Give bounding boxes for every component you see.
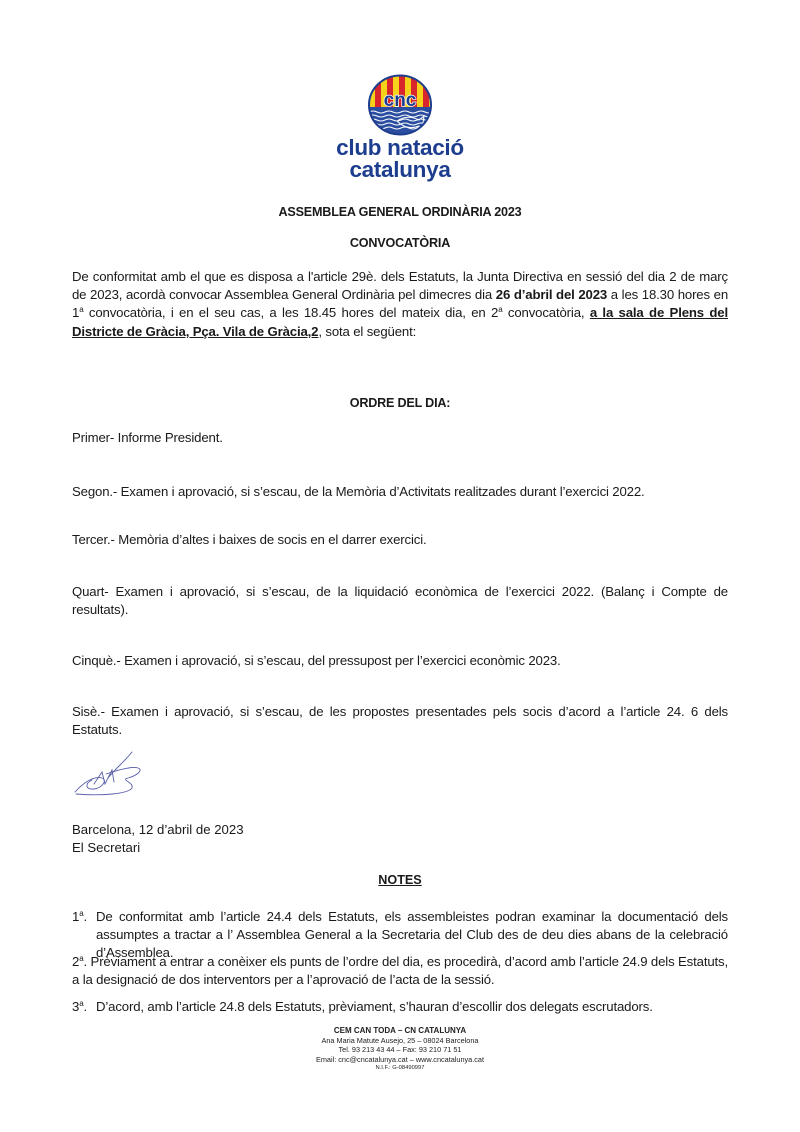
notes-title: NOTES — [0, 873, 800, 887]
club-name-line2: catalunya — [320, 159, 480, 180]
footer-address: Ana Maria Matute Ausejo, 25 – 08024 Barc… — [0, 1036, 800, 1046]
document-page: cnc club natació catalunya ASSEMBLEA GEN… — [0, 0, 800, 1132]
footer-phone: Tel. 93 213 43 44 – Fax: 93 210 71 51 — [0, 1045, 800, 1055]
signature-icon — [72, 748, 152, 803]
agenda-title: ORDRE DEL DIA: — [0, 396, 800, 410]
club-name-line1: club natació — [320, 137, 480, 158]
signatory-role: El Secretari — [72, 839, 244, 857]
footer-nif: N.I.F.: G-08490997 — [0, 1064, 800, 1074]
agenda-item: Tercer.- Memòria d’altes i baixes de soc… — [72, 531, 728, 549]
note-item: 2a. Prèviament a entrar a conèixer els p… — [72, 953, 728, 989]
agenda-item: Cinquè.- Examen i aprovació, si s’escau,… — [72, 652, 728, 670]
agenda-item: Primer- Informe President. — [72, 429, 728, 447]
agenda-item: Sisè.- Examen i aprovació, si s’escau, d… — [72, 703, 728, 739]
place-date: Barcelona, 12 d’abril de 2023 — [72, 821, 244, 839]
document-title: ASSEMBLEA GENERAL ORDINÀRIA 2023 — [0, 205, 800, 219]
note-item: 3a.D’acord, amb l’article 24.8 dels Esta… — [72, 998, 728, 1016]
footer-org: CEM CAN TODA – CN CATALUNYA — [0, 1026, 800, 1036]
svg-text:cnc: cnc — [384, 90, 417, 111]
agenda-item: Quart- Examen i aprovació, si s’escau, d… — [72, 583, 728, 619]
club-logo: cnc club natació catalunya — [320, 74, 480, 180]
cnc-emblem-icon: cnc — [367, 74, 433, 136]
footer: CEM CAN TODA – CN CATALUNYA Ana Maria Ma… — [0, 1026, 800, 1074]
agenda-item: Segon.- Examen i aprovació, si s’escau, … — [72, 483, 728, 501]
signoff: Barcelona, 12 d’abril de 2023 El Secreta… — [72, 821, 244, 857]
footer-web: Email: cnc@cncatalunya.cat – www.cncatal… — [0, 1055, 800, 1065]
meeting-date: 26 d’abril del 2023 — [496, 287, 607, 302]
document-subtitle: CONVOCATÒRIA — [0, 236, 800, 250]
intro-paragraph: De conformitat amb el que es disposa a l… — [72, 268, 728, 341]
